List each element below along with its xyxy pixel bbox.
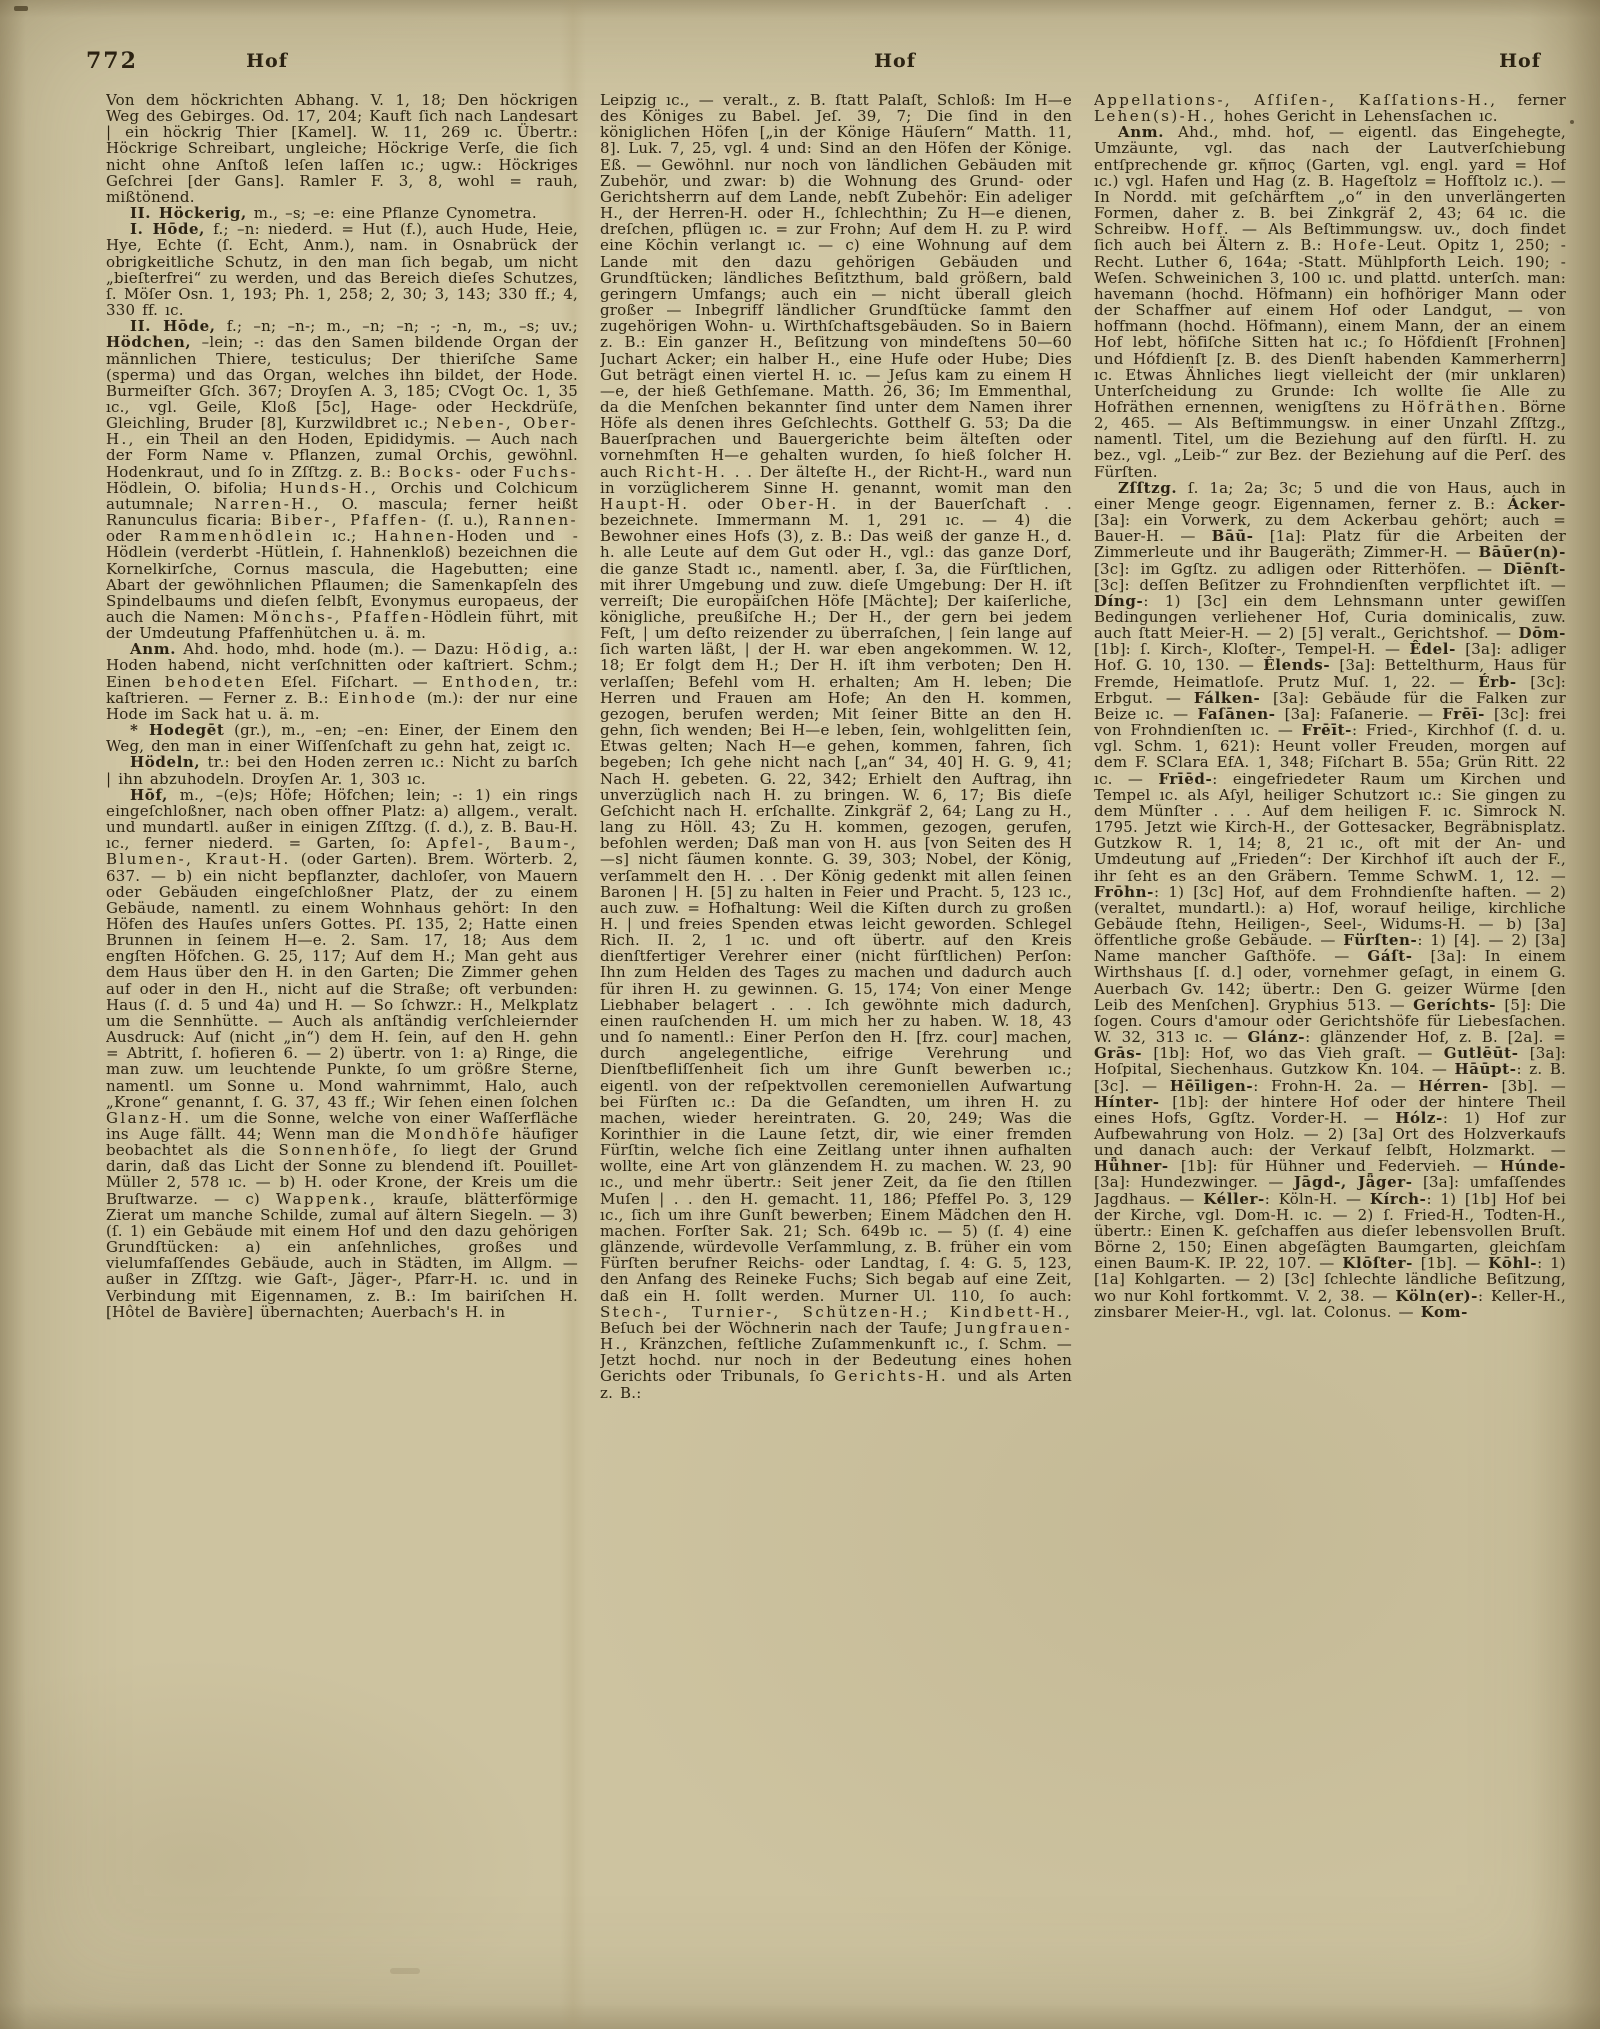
text-columns: Von dem höckrichten Abhang. V. 1, 18; De… — [106, 92, 1566, 2002]
running-head-column-3: Hof — [1499, 50, 1541, 72]
running-head-column-1: Hof — [246, 50, 288, 72]
entry-paragraph-hoede-i: I. Hōde, f.; –n: niederd. = Hut (f.), au… — [106, 221, 578, 318]
entry-paragraph-hof-anm: Anm. Ahd., mhd. hof, — eigentl. das Eing… — [1094, 124, 1566, 479]
scanned-dictionary-page: 772 Hof Hof Hof Von dem höckrichten Abha… — [0, 0, 1600, 2029]
entry-paragraph-hoeckrig-quotes: Von dem höckrichten Abhang. V. 1, 18; De… — [106, 92, 578, 205]
entry-paragraph-hof: Hōf, m., –(e)s; Höfe; Höfchen; lein; -: … — [106, 787, 578, 1320]
paper-speck — [1570, 120, 1574, 124]
text-column-2: Leipzig ıc., — veralt., z. B. ſtatt Pala… — [600, 92, 1072, 2002]
entry-paragraph-hodeget: * Hodegēt (gr.), m., –en; –en: Einer, de… — [106, 722, 578, 754]
page-number: 772 — [86, 48, 138, 74]
entry-paragraph-hof-gerichte: Appellations-, Aſſiſen-, Kaſſations-H., … — [1094, 92, 1566, 124]
entry-paragraph-hoede-ii: II. Hōde, f.; –n; –n-; m., –n; –n; -; -n… — [106, 318, 578, 641]
entry-paragraph-hoede-anm: Anm. Ahd. hodo, mhd. hode (m.). — Dazu: … — [106, 641, 578, 722]
entry-paragraph-hoedeln: Hödeln, tr.: bei den Hoden zerren ıc.: N… — [106, 754, 578, 786]
entry-paragraph-hof-continued: Leipzig ıc., — veralt., z. B. ſtatt Pala… — [600, 92, 1072, 1401]
text-column-1: Von dem höckrichten Abhang. V. 1, 18; De… — [106, 92, 578, 2002]
entry-paragraph-hof-zsstzg: Zſſtzg. ſ. 1a; 2a; 3c; 5 und die von Hau… — [1094, 480, 1566, 1320]
text-column-3: Appellations-, Aſſiſen-, Kaſſations-H., … — [1094, 92, 1566, 2002]
entry-paragraph-hoeckerig-ii: II. Höckerig, m., –s; –e: eine Pflanze C… — [106, 205, 578, 221]
page-header: 772 Hof Hof Hof — [0, 46, 1600, 82]
paper-speck — [14, 6, 28, 11]
running-head-column-2: Hof — [874, 50, 916, 72]
